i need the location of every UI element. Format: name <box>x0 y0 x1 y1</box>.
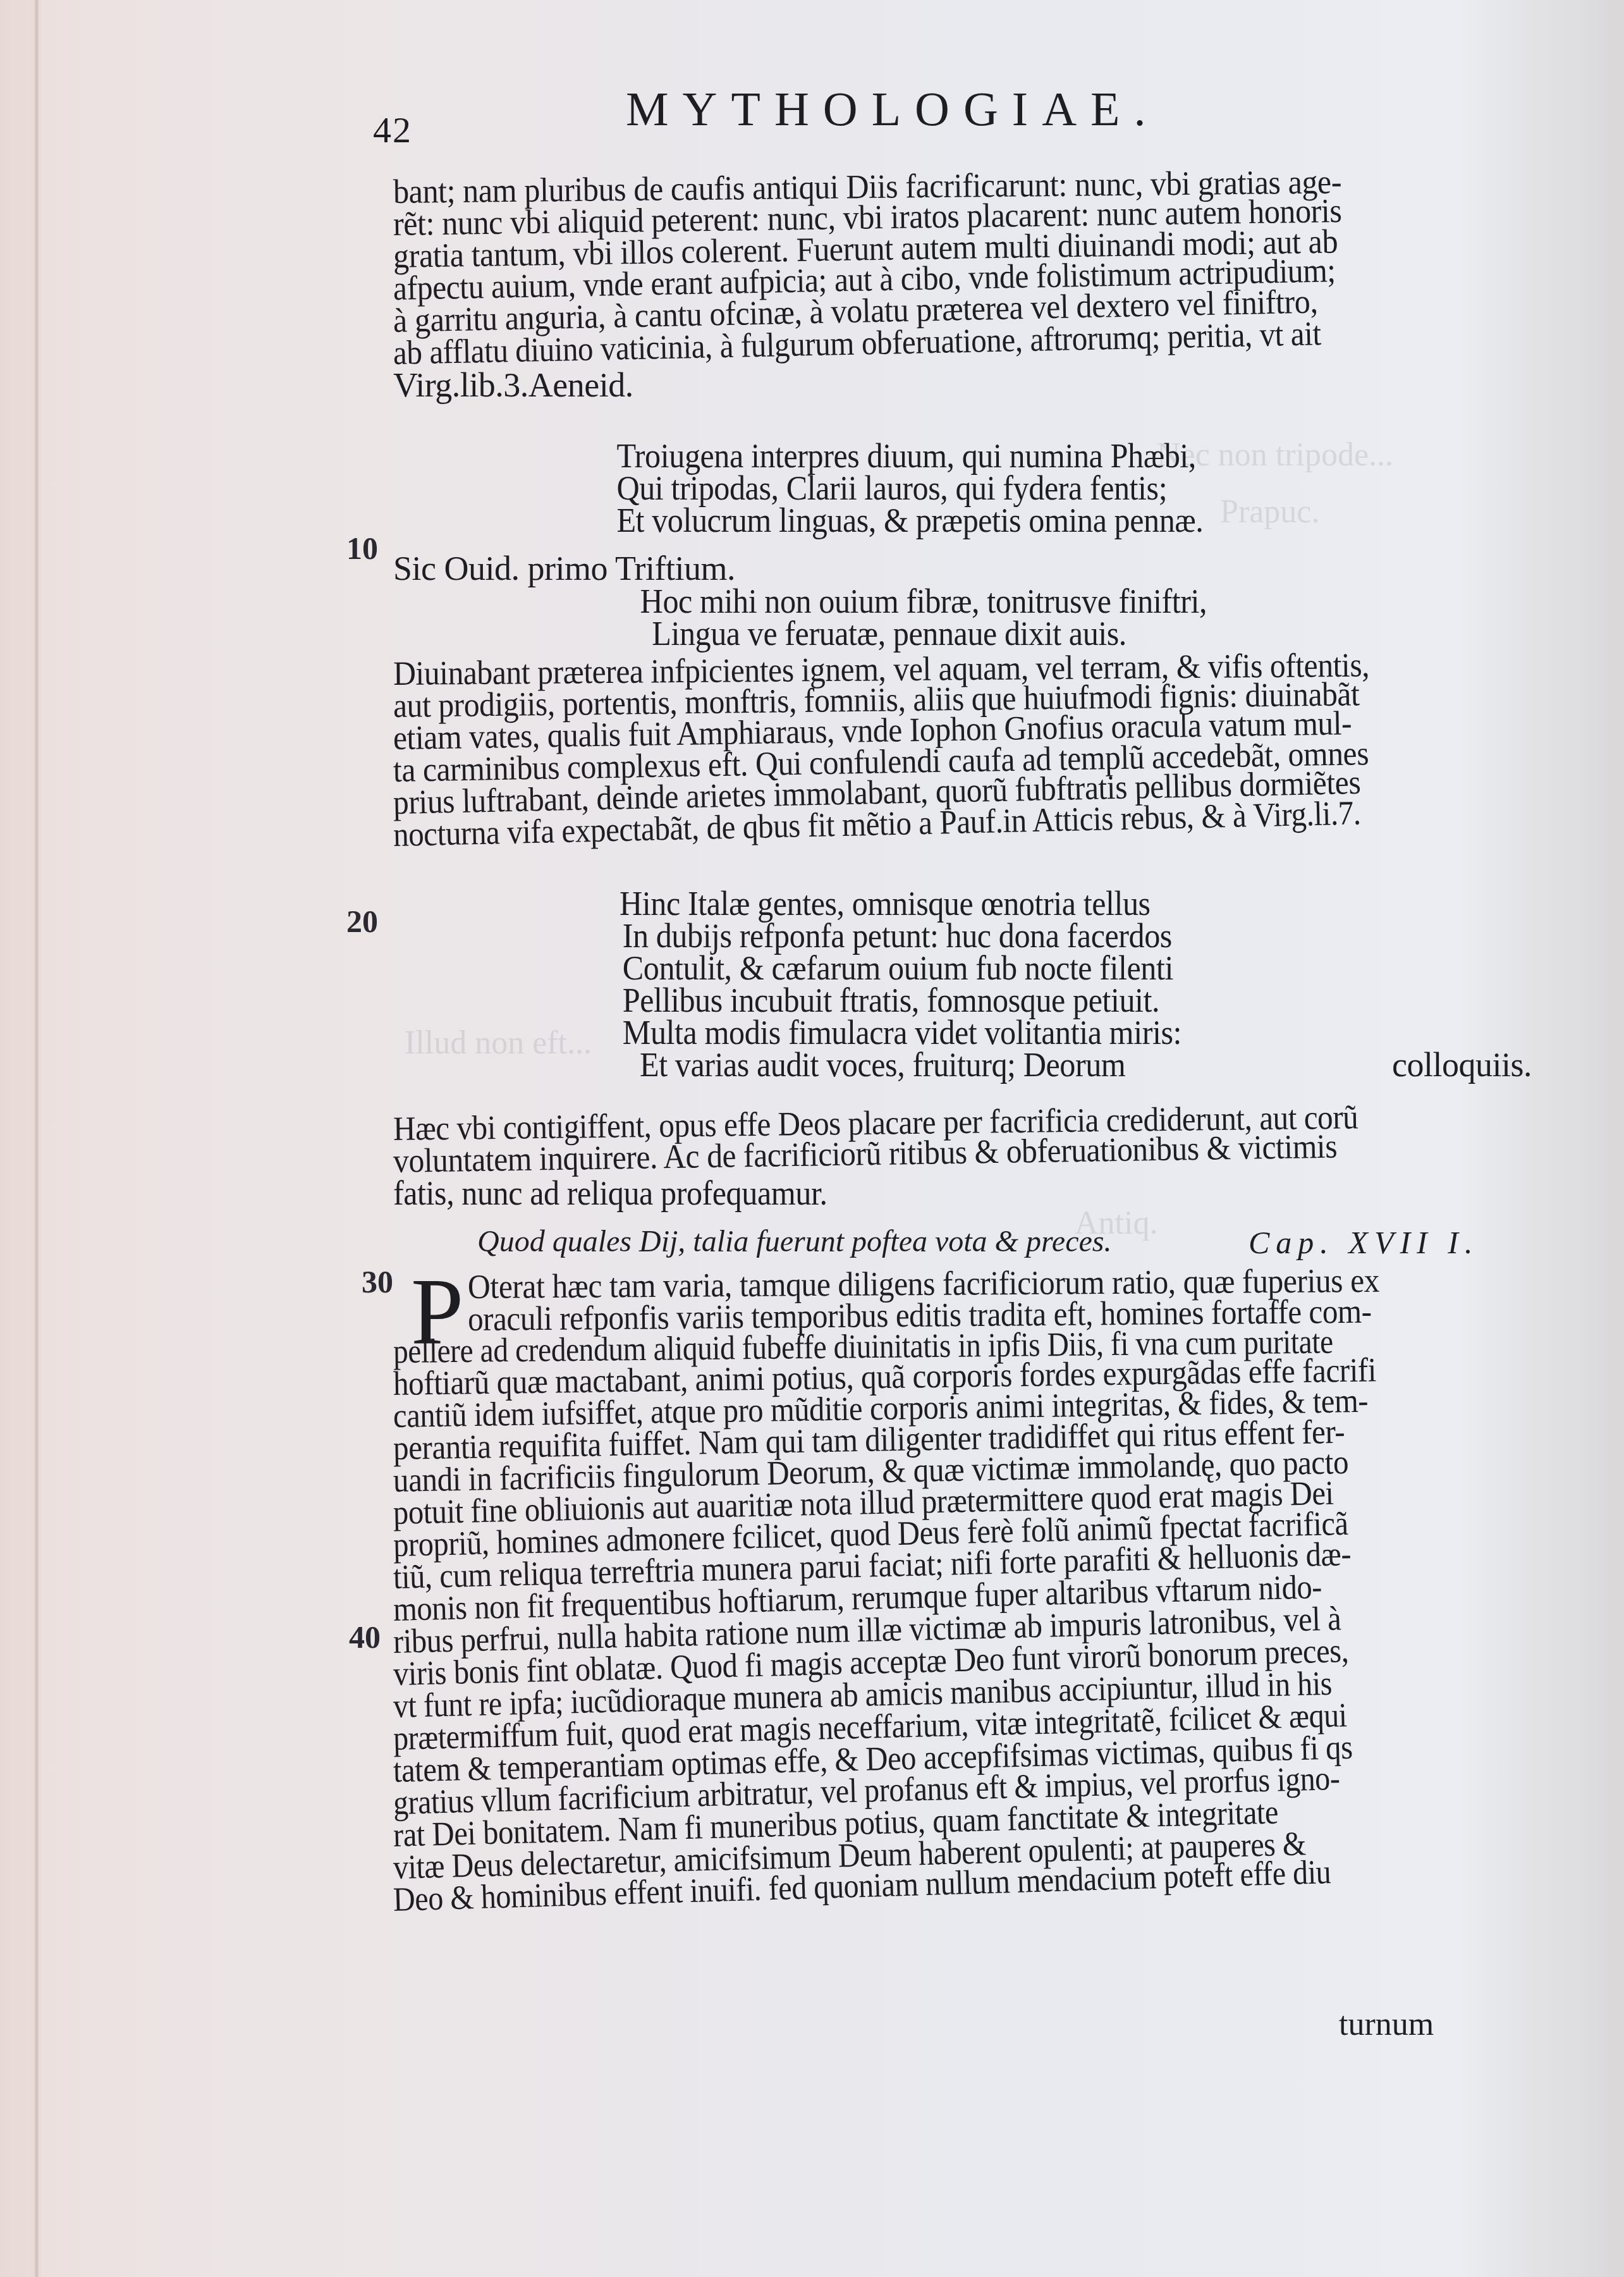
verse-quotation-2: Hoc mihi non ouium fibræ, tonitrusve fin… <box>393 586 1518 650</box>
book-page: 42 MYTHOLOGIAE. Nec non tripode... Prapu… <box>0 0 1624 2277</box>
prose-paragraph-3: Hæc vbi contigiffent, opus effe Deos pla… <box>393 1113 1518 1210</box>
verse-text: Et varias audit voces, fruiturq; Deorum <box>640 1049 1125 1081</box>
verse-line: Et volucrum linguas, & præpetis omina pe… <box>393 505 1439 537</box>
verse-quotation-3: Hinc Italæ gentes, omnisque œnotria tell… <box>393 888 1518 1081</box>
verse-line-end: colloquiis. <box>1392 1049 1532 1081</box>
verse-line: Hoc mihi non ouium fibræ, tonitrusve fin… <box>393 586 1439 618</box>
verse-line: Qui tripodas, Clarii lauros, qui fydera … <box>393 472 1439 505</box>
verse-line: Multa modis fimulacra videt volitantia m… <box>393 1017 1439 1049</box>
margin-line-number: 40 <box>349 1619 381 1655</box>
verse-line: Contulit, & cæfarum ouium fub nocte file… <box>393 952 1439 985</box>
page-header: 42 MYTHOLOGIAE. <box>373 75 1321 144</box>
verse-line: Hinc Italæ gentes, omnisque œnotria tell… <box>393 888 1439 920</box>
verse-line: Troiugena interpres diuum, qui numina Ph… <box>393 440 1439 472</box>
text-line: fatis, nunc ad reliqua profequamur. <box>393 1177 1439 1210</box>
text-line: Sic Ouid. primo Triftium. <box>393 553 1518 585</box>
catchword: turnum <box>1339 2006 1434 2043</box>
verse-line: Pellibus incubuit ftratis, fomnosque pet… <box>393 985 1439 1017</box>
text-line: Virg.lib.3.Aeneid. <box>393 369 1518 402</box>
prose-paragraph-4: pellere ad credendum aliquid fubeffe diu… <box>393 1335 1518 1916</box>
verse-line: Et varias audit voces, fruiturq; Deorum … <box>393 1049 1518 1081</box>
prose-paragraph-1: bant; nam pluribus de caufis antiqui Dii… <box>393 176 1518 402</box>
verse-line: Lingua ve feruatæ, pennaue dixit auis. <box>393 618 1439 650</box>
margin-line-number: 20 <box>346 903 378 940</box>
chapter-number: Cap. XVII I. <box>1249 1224 1479 1261</box>
citation-ovid: Sic Ouid. primo Triftium. <box>393 553 1518 585</box>
margin-line-number: 30 <box>362 1263 393 1300</box>
running-head: MYTHOLOGIAE. <box>626 82 1159 137</box>
prose-paragraph-2: Diuinabant præterea infpicientes ignem, … <box>393 658 1518 851</box>
verse-quotation-1: Troiugena interpres diuum, qui numina Ph… <box>393 440 1518 537</box>
verse-line: In dubijs refponfa petunt: huc dona face… <box>393 920 1439 952</box>
margin-line-number: 10 <box>346 530 378 567</box>
chapter-title: Quod quales Dij, talia fuerunt poftea vo… <box>477 1224 1111 1259</box>
page-number: 42 <box>373 109 412 151</box>
